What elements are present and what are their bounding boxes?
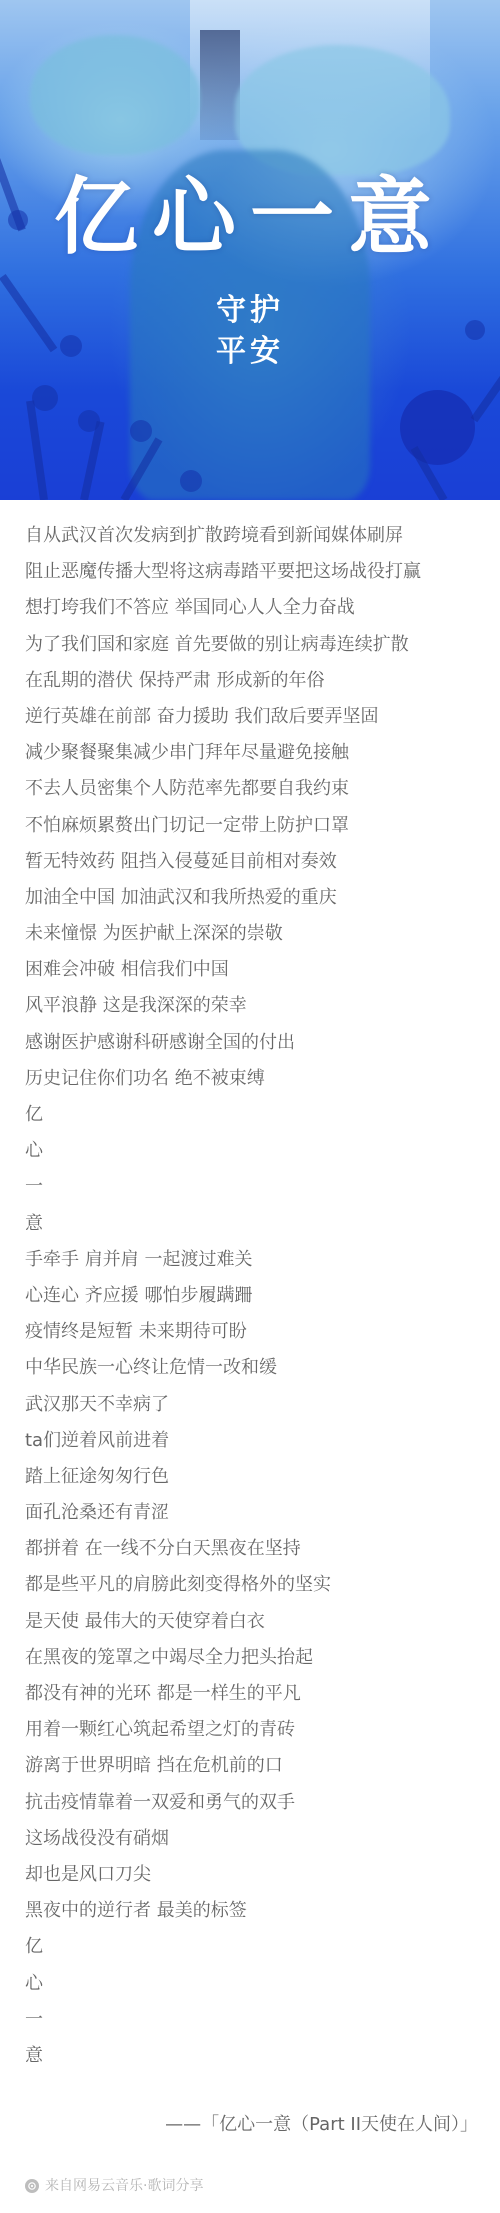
virus-decoration-icon — [130, 420, 152, 442]
netease-cloud-music-logo-icon — [25, 2179, 39, 2193]
lyric-line: 疫情终是短暂 未来期待可盼 — [25, 1314, 485, 1350]
lyric-line: ta们逆着风前进着 — [25, 1423, 485, 1459]
lyric-line: 心 — [25, 1133, 485, 1169]
lyric-line: 中华民族一心终让危情一改和缓 — [25, 1350, 485, 1386]
lyric-line: 逆行英雄在前部 奋力援助 我们敌后要弄坚固 — [25, 699, 485, 735]
lyric-line: 都拼着 在一线不分白天黑夜在坚持 — [25, 1531, 485, 1567]
lyric-line: 这场战役没有硝烟 — [25, 1821, 485, 1857]
virus-decoration-icon — [32, 385, 58, 411]
lyric-line: 加油全中国 加油武汉和我所热爱的重庆 — [25, 880, 485, 916]
lyric-line: 黑夜中的逆行者 最美的标签 — [25, 1893, 485, 1929]
lyric-line: 武汉那天不幸病了 — [25, 1387, 485, 1423]
lyric-line: 面孔沧桑还有青涩 — [25, 1495, 485, 1531]
lyric-line: 困难会冲破 相信我们中国 — [25, 952, 485, 988]
lyric-line: 都没有神的光环 都是一样生的平凡 — [25, 1676, 485, 1712]
lyric-line: 游离于世界明暗 挡在危机前的口 — [25, 1748, 485, 1784]
virus-decoration-icon — [26, 400, 48, 500]
cover-subtitle-line-2: 平安 — [0, 334, 500, 370]
virus-decoration-icon — [78, 410, 100, 432]
lyric-line: 踏上征途匆匆行色 — [25, 1459, 485, 1495]
lyric-line: 在黑夜的笼罩之中竭尽全力把头抬起 — [25, 1640, 485, 1676]
lyric-line: 一 — [25, 1169, 485, 1205]
lyric-line: 都是些平凡的肩膀此刻变得格外的坚实 — [25, 1567, 485, 1603]
lyric-line: 为了我们国和家庭 首先要做的别让病毒连续扩散 — [25, 627, 485, 663]
cover-surgical-cap-left — [30, 35, 200, 155]
cover-image: 亿心一意 守护 平安 — [0, 0, 500, 500]
lyric-line: 风平浪静 这是我深深的荣幸 — [25, 988, 485, 1024]
lyric-line: 未来憧憬 为医护献上深深的崇敬 — [25, 916, 485, 952]
virus-decoration-icon — [400, 390, 475, 465]
lyric-line: 不怕麻烦累赘出门切记一定带上防护口罩 — [25, 808, 485, 844]
lyric-line: 是天使 最伟大的天使穿着白衣 — [25, 1604, 485, 1640]
lyric-line: 抗击疫情靠着一双爱和勇气的双手 — [25, 1785, 485, 1821]
virus-decoration-icon — [180, 470, 202, 492]
lyric-line: 心连心 齐应援 哪怕步履蹒跚 — [25, 1278, 485, 1314]
lyric-line: 却也是风口刀尖 — [25, 1857, 485, 1893]
lyric-line: 减少聚餐聚集减少串门拜年尽量避免接触 — [25, 735, 485, 771]
cover-background-pillar — [200, 30, 240, 140]
lyric-line: 意 — [25, 1206, 485, 1242]
lyric-line: 心 — [25, 1966, 485, 2002]
song-attribution: ——「亿心一意（Part II天使在人间）」 — [165, 2110, 478, 2140]
lyric-line: 历史记住你们功名 绝不被束缚 — [25, 1061, 485, 1097]
share-source-text: 来自网易云音乐·歌词分享 — [45, 2176, 203, 2196]
lyric-line: 自从武汉首次发病到扩散跨境看到新闻媒体刷屏 — [25, 518, 485, 554]
lyric-line: 不去人员密集个人防范率先都要自我约束 — [25, 771, 485, 807]
lyric-line: 用着一颗红心筑起希望之灯的青砖 — [25, 1712, 485, 1748]
lyric-line: 阻止恶魔传播大型将这病毒踏平要把这场战役打赢 — [25, 554, 485, 590]
virus-decoration-icon — [80, 421, 104, 500]
share-footer: 来自网易云音乐·歌词分享 — [25, 2176, 203, 2196]
lyrics-list: 自从武汉首次发病到扩散跨境看到新闻媒体刷屏 阻止恶魔传播大型将这病毒踏平要把这场… — [25, 518, 485, 2074]
cover-title: 亿心一意 — [0, 172, 500, 262]
lyric-line: 一 — [25, 2002, 485, 2038]
lyric-line: 意 — [25, 2038, 485, 2074]
lyric-line: 亿 — [25, 1097, 485, 1133]
lyric-line: 亿 — [25, 1929, 485, 1965]
lyric-line: 手牵手 肩并肩 一起渡过难关 — [25, 1242, 485, 1278]
cover-subtitle-line-1: 守护 — [0, 293, 500, 329]
lyric-line: 想打垮我们不答应 举国同心人人全力奋战 — [25, 590, 485, 626]
lyric-line: 感谢医护感谢科研感谢全国的付出 — [25, 1025, 485, 1061]
lyric-line: 在乱期的潜伏 保持严肃 形成新的年俗 — [25, 663, 485, 699]
lyric-line: 暂无特效药 阻挡入侵蔓延目前相对奏效 — [25, 844, 485, 880]
